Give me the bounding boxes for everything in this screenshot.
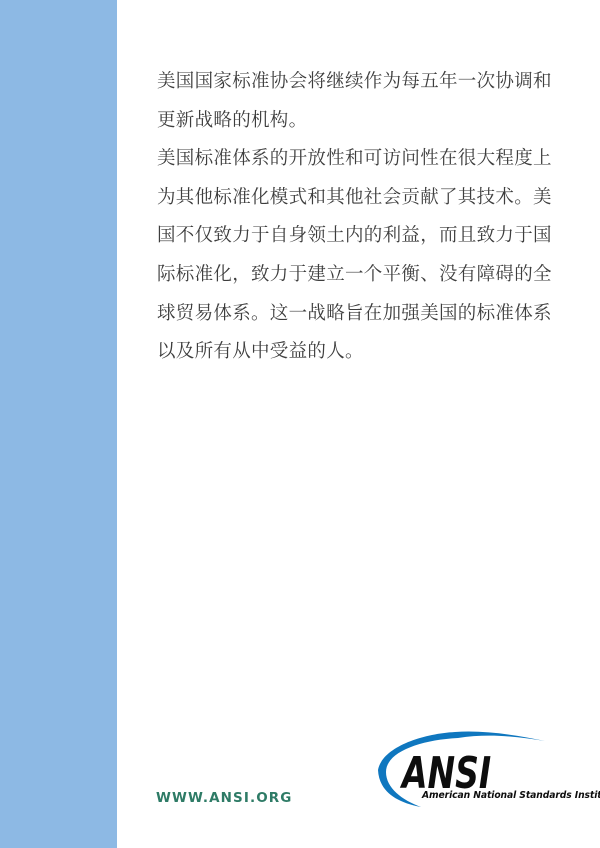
text-line: 以及所有从中受益的人。 xyxy=(157,333,561,372)
text-line: 球贸易体系。这一战略旨在加强美国的标准体系 xyxy=(157,295,561,334)
text-line: 美国国家标准协会将继续作为每五年一次协调和 xyxy=(157,63,561,102)
body-text: 美国国家标准协会将继续作为每五年一次协调和 更新战略的机构。 美国标准体系的开放… xyxy=(157,63,561,372)
text-line: 更新战略的机构。 xyxy=(157,102,561,141)
left-accent-bar xyxy=(0,0,117,848)
website-url: WWW.ANSI.ORG xyxy=(156,790,292,806)
text-line: 美国标准体系的开放性和可访问性在很大程度上 xyxy=(157,140,561,179)
text-line: 为其他标准化模式和其他社会贡献了其技术。美 xyxy=(157,179,561,218)
text-line: 际标准化，致力于建立一个平衡、没有障碍的全 xyxy=(157,256,561,295)
text-line: 国不仅致力于自身领土内的利益，而且致力于国 xyxy=(157,217,561,256)
ansi-tagline: American National Standards Institute xyxy=(422,791,600,801)
document-page: { "page": { "background_color": "#ffffff… xyxy=(0,0,600,848)
paragraph: 美国标准体系的开放性和可访问性在很大程度上 为其他标准化模式和其他社会贡献了其技… xyxy=(157,140,561,372)
paragraph: 美国国家标准协会将继续作为每五年一次协调和 更新战略的机构。 xyxy=(157,63,561,140)
ansi-logo: ANSI American National Standards Institu… xyxy=(372,728,597,813)
